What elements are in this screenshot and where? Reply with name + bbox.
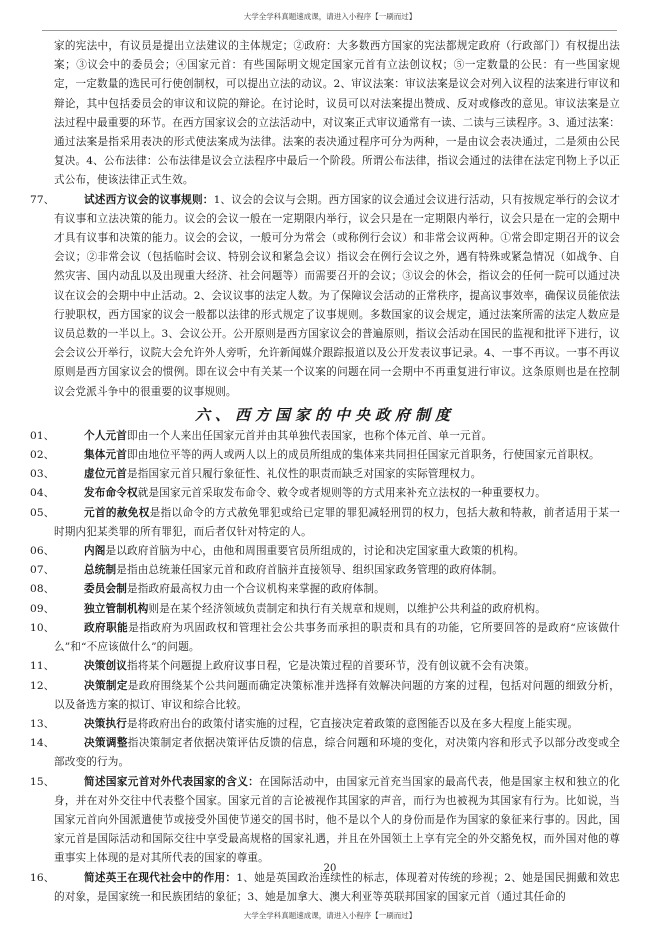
glossary-item-04: 04、发布命令权就是国家元首采取发布命令、敕令或者规则等的方式用来补充立法权的一… (30, 484, 620, 503)
item-text: 就是国家元首采取发布命令、敕令或者规则等的方式用来补充立法权的一种重要权力。 (138, 487, 546, 499)
item-text: 指决策制定者依据决策评估反馈的信息，综合问题和环境的变化，对决策内容和形式予以部… (54, 737, 620, 768)
item-term: 简述国家元首对外代表国家的含义： (84, 776, 259, 788)
item-term: 个人元首 (84, 430, 127, 442)
item-term: 集体元首 (84, 449, 127, 461)
item-text: 在国际活动中，由国家元首充当国家的最高代表，他是国家主权和独立的化身，并在对外交… (54, 776, 620, 865)
item-term: 独立管制机构 (84, 603, 148, 615)
item-term: 总统制 (84, 564, 116, 576)
item-text: 是指政府为巩固政权和管理社会公共事务而承担的职责和具有的功能，它所要回答的是政府… (54, 622, 620, 653)
glossary-item-07: 07、总统制是指由总统兼任国家元首和政府首脑并直接领导、组织国家政务管理的政府体… (30, 561, 620, 580)
footer-watermark: 大学全学科真题速成课，请进入小程序【一刷而过】 (0, 910, 660, 921)
header-divider (42, 30, 617, 31)
item-number: 12、 (30, 677, 54, 696)
item-number: 03、 (30, 465, 54, 484)
item-term: 决策制定 (84, 680, 128, 692)
item-term: 试述西方议会的议事规则： (84, 194, 214, 206)
item-number: 08、 (30, 580, 54, 599)
item-number: 04、 (30, 484, 54, 503)
section-title: 六、西方国家的中央政府制度 (30, 404, 620, 426)
item-77: 77、 试述西方议会的议事规则：1、议会的会议与会期。西方国家的议会通过会议进行… (30, 191, 620, 402)
item-number: 14、 (30, 734, 54, 753)
item-number: 06、 (30, 542, 54, 561)
item-number: 01、 (30, 427, 54, 446)
document-body: 家的宪法中，有议员是提出立法建议的主体规定；②政府：大多数西方国家的宪法都规定政… (30, 37, 620, 907)
item-text: 指将某个问题提上政府议事日程，它是决策过程的首要环节，没有创议就不会有决策。 (127, 660, 535, 672)
glossary-item-11: 11、决策创议指将某个问题提上政府议事日程，它是决策过程的首要环节，没有创议就不… (30, 657, 620, 676)
item-term: 发布命令权 (84, 487, 138, 499)
item-term: 政府职能 (84, 622, 128, 634)
glossary-item-02: 02、集体元首即由地位平等的两人或两人以上的成员所组成的集体来共同担任国家元首职… (30, 446, 620, 465)
item-text: 是政府围绕某个公共问题而确定决策标准并选择有效解决问题的方案的过程，包括对问题的… (54, 680, 620, 711)
item-term: 决策调整 (84, 737, 128, 749)
item-term: 元首的赦免权 (84, 507, 150, 519)
item-number: 13、 (30, 715, 54, 734)
item-text: 是以政府首脑为中心，由他和周围重要官员所组成的，讨论和决定国家重大政策的机构。 (106, 545, 525, 557)
glossary-item-08: 08、委员会制是指政府最高权力由一个合议机构来掌握的政府体制。 (30, 580, 620, 599)
glossary-item-03: 03、虚位元首是指国家元首只履行象征性、礼仪性的职责而缺乏对国家的实际管理权力。 (30, 465, 620, 484)
item-text: 是指政府最高权力由一个合议机构来掌握的政府体制。 (127, 583, 385, 595)
item-term: 决策创议 (84, 660, 127, 672)
glossary-item-10: 10、政府职能是指政府为巩固政权和管理社会公共事务而承担的职责和具有的功能，它所… (30, 619, 620, 657)
continuation-paragraph: 家的宪法中，有议员是提出立法建议的主体规定；②政府：大多数西方国家的宪法都规定政… (30, 37, 620, 191)
item-term: 委员会制 (84, 583, 127, 595)
glossary-item-01: 01、个人元首即由一个人来出任国家元首并由其单独代表国家，也称个体元首、单一元首… (30, 427, 620, 446)
item-number: 11、 (30, 657, 54, 676)
page-number: 20 (0, 863, 660, 874)
item-text: 1、议会的会议与会期。西方国家的议会通过会议进行活动，只有按规定举行的会议才有议… (54, 194, 620, 398)
glossary-item-16: 16、简述英王在现代社会中的作用：1、她是英国政治连续性的标志，体现着对传统的珍… (30, 869, 620, 907)
item-number: 07、 (30, 561, 54, 580)
header-watermark: 大学全学科真题速成课，请进入小程序【一刷而过】 (0, 11, 660, 22)
glossary-item-06: 06、内阁是以政府首脑为中心，由他和周围重要官员所组成的，讨论和决定国家重大政策… (30, 542, 620, 561)
item-number: 09、 (30, 600, 54, 619)
item-number: 77、 (30, 191, 54, 210)
item-number: 10、 (30, 619, 54, 638)
item-text: 即由地位平等的两人或两人以上的成员所组成的集体来共同担任国家元首职务，行使国家元… (127, 449, 600, 461)
glossary-item-12: 12、决策制定是政府围绕某个公共问题而确定决策标准并选择有效解决问题的方案的过程… (30, 677, 620, 715)
item-term: 内阁 (84, 545, 106, 557)
glossary-item-13: 13、决策执行是将政府出台的政策付诸实施的过程，它直接决定着政策的意图能否以及在… (30, 715, 620, 734)
item-text: 是指国家元首只履行象征性、礼仪性的职责而缺乏对国家的实际管理权力。 (127, 468, 482, 480)
glossary-item-14: 14、决策调整指决策制定者依据决策评估反馈的信息，综合问题和环境的变化，对决策内… (30, 734, 620, 772)
glossary-item-05: 05、元首的赦免权是指以命令的方式赦免罪犯或给已定罪的罪犯减轻刑罚的权力，包括大… (30, 504, 620, 542)
item-number: 05、 (30, 504, 54, 523)
item-number: 02、 (30, 446, 54, 465)
item-text: 是将政府出台的政策付诸实施的过程，它直接决定着政策的意图能否以及在多大程度上能实… (127, 718, 578, 730)
item-text: 即由一个人来出任国家元首并由其单独代表国家，也称个体元首、单一元首。 (127, 430, 492, 442)
glossary-item-15: 15、简述国家元首对外代表国家的含义：在国际活动中，由国家元首充当国家的最高代表… (30, 773, 620, 869)
item-term: 虚位元首 (84, 468, 127, 480)
item-term: 决策执行 (84, 718, 127, 730)
item-text: 是指由总统兼任国家元首和政府首脑并直接领导、组织国家政务管理的政府体制。 (116, 564, 503, 576)
glossary-item-09: 09、独立管制机构则是在某个经济领域负责制定和执行有关规章和规则，以维护公共利益… (30, 600, 620, 619)
item-number: 15、 (30, 773, 54, 792)
item-text: 则是在某个经济领域负责制定和执行有关规章和规则，以维护公共利益的政府机构。 (148, 603, 546, 615)
